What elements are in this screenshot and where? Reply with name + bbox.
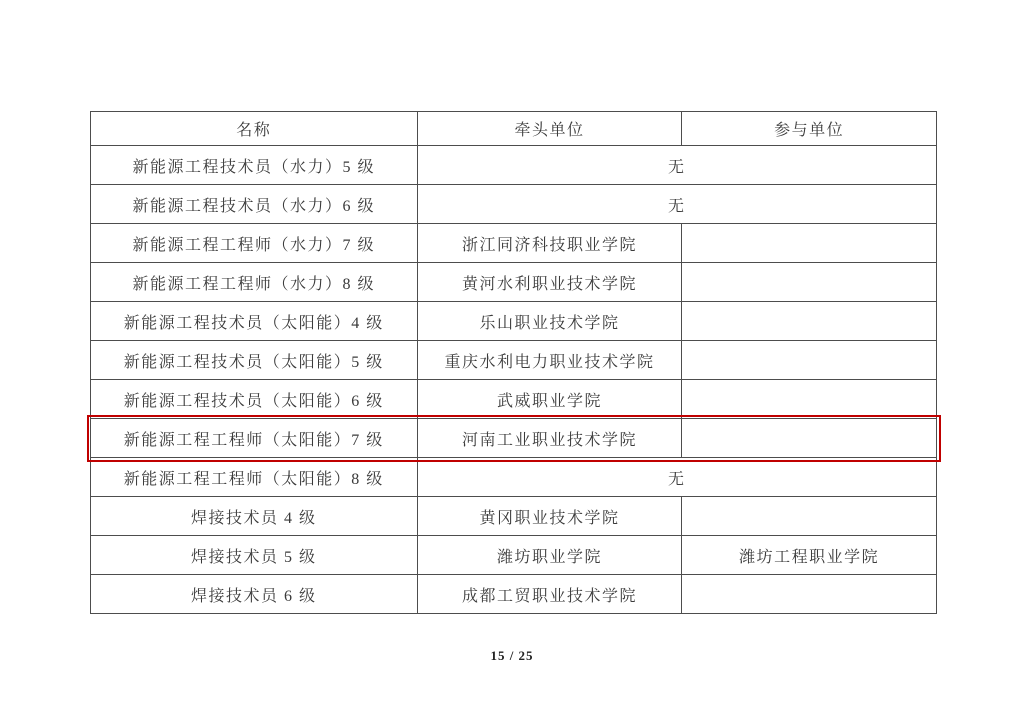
cell-lead-unit: 河南工业职业技术学院 — [417, 419, 682, 458]
table-row: 新能源工程技术员（太阳能）5 级 重庆水利电力职业技术学院 — [91, 341, 937, 380]
cell-lead-unit: 武威职业学院 — [417, 380, 682, 419]
table-row: 焊接技术员 4 级 黄冈职业技术学院 — [91, 497, 937, 536]
table-row: 新能源工程工程师（水力）8 级 黄河水利职业技术学院 — [91, 263, 937, 302]
document-page: 名称 牵头单位 参与单位 新能源工程技术员（水力）5 级 无 新能源工程技术员（… — [0, 0, 1024, 723]
cell-name: 新能源工程工程师（水力）8 级 — [91, 263, 418, 302]
page-number: 15 / 25 — [0, 648, 1024, 664]
cell-name: 新能源工程技术员（水力）6 级 — [91, 185, 418, 224]
header-name: 名称 — [91, 112, 418, 146]
cell-participant-unit: 潍坊工程职业学院 — [682, 536, 937, 575]
header-lead-unit: 牵头单位 — [417, 112, 682, 146]
table-row: 新能源工程技术员（太阳能）4 级 乐山职业技术学院 — [91, 302, 937, 341]
cell-lead-unit: 成都工贸职业技术学院 — [417, 575, 682, 614]
cell-lead-unit-merged: 无 — [417, 146, 936, 185]
cell-lead-unit-merged: 无 — [417, 185, 936, 224]
table-row: 新能源工程技术员（水力）5 级 无 — [91, 146, 937, 185]
cell-name: 焊接技术员 6 级 — [91, 575, 418, 614]
cell-participant-unit — [682, 224, 937, 263]
cell-participant-unit — [682, 341, 937, 380]
cell-participant-unit — [682, 263, 937, 302]
cell-lead-unit: 乐山职业技术学院 — [417, 302, 682, 341]
cell-participant-unit — [682, 302, 937, 341]
cell-name: 焊接技术员 5 级 — [91, 536, 418, 575]
cell-name: 新能源工程工程师（太阳能）8 级 — [91, 458, 418, 497]
cell-name: 新能源工程技术员（水力）5 级 — [91, 146, 418, 185]
table-header-row: 名称 牵头单位 参与单位 — [91, 112, 937, 146]
cell-participant-unit — [682, 575, 937, 614]
header-participant-unit: 参与单位 — [682, 112, 937, 146]
cell-name: 焊接技术员 4 级 — [91, 497, 418, 536]
cell-participant-unit — [682, 497, 937, 536]
table-row: 新能源工程工程师（太阳能）8 级 无 — [91, 458, 937, 497]
cell-lead-unit: 潍坊职业学院 — [417, 536, 682, 575]
table-container: 名称 牵头单位 参与单位 新能源工程技术员（水力）5 级 无 新能源工程技术员（… — [90, 111, 937, 614]
cell-lead-unit-merged: 无 — [417, 458, 936, 497]
cell-name: 新能源工程技术员（太阳能）5 级 — [91, 341, 418, 380]
table-row: 新能源工程技术员（水力）6 级 无 — [91, 185, 937, 224]
cell-lead-unit: 浙江同济科技职业学院 — [417, 224, 682, 263]
cell-name: 新能源工程工程师（太阳能）7 级 — [91, 419, 418, 458]
table-row: 焊接技术员 5 级 潍坊职业学院 潍坊工程职业学院 — [91, 536, 937, 575]
highlighted-table-row: 新能源工程工程师（太阳能）7 级 河南工业职业技术学院 — [91, 419, 937, 458]
cell-name: 新能源工程技术员（太阳能）6 级 — [91, 380, 418, 419]
cell-name: 新能源工程技术员（太阳能）4 级 — [91, 302, 418, 341]
qualification-table: 名称 牵头单位 参与单位 新能源工程技术员（水力）5 级 无 新能源工程技术员（… — [90, 111, 937, 614]
table-row: 新能源工程工程师（水力）7 级 浙江同济科技职业学院 — [91, 224, 937, 263]
cell-participant-unit — [682, 419, 937, 458]
cell-name: 新能源工程工程师（水力）7 级 — [91, 224, 418, 263]
cell-lead-unit: 黄冈职业技术学院 — [417, 497, 682, 536]
cell-lead-unit: 重庆水利电力职业技术学院 — [417, 341, 682, 380]
table-row: 焊接技术员 6 级 成都工贸职业技术学院 — [91, 575, 937, 614]
table-row: 新能源工程技术员（太阳能）6 级 武威职业学院 — [91, 380, 937, 419]
cell-lead-unit: 黄河水利职业技术学院 — [417, 263, 682, 302]
cell-participant-unit — [682, 380, 937, 419]
